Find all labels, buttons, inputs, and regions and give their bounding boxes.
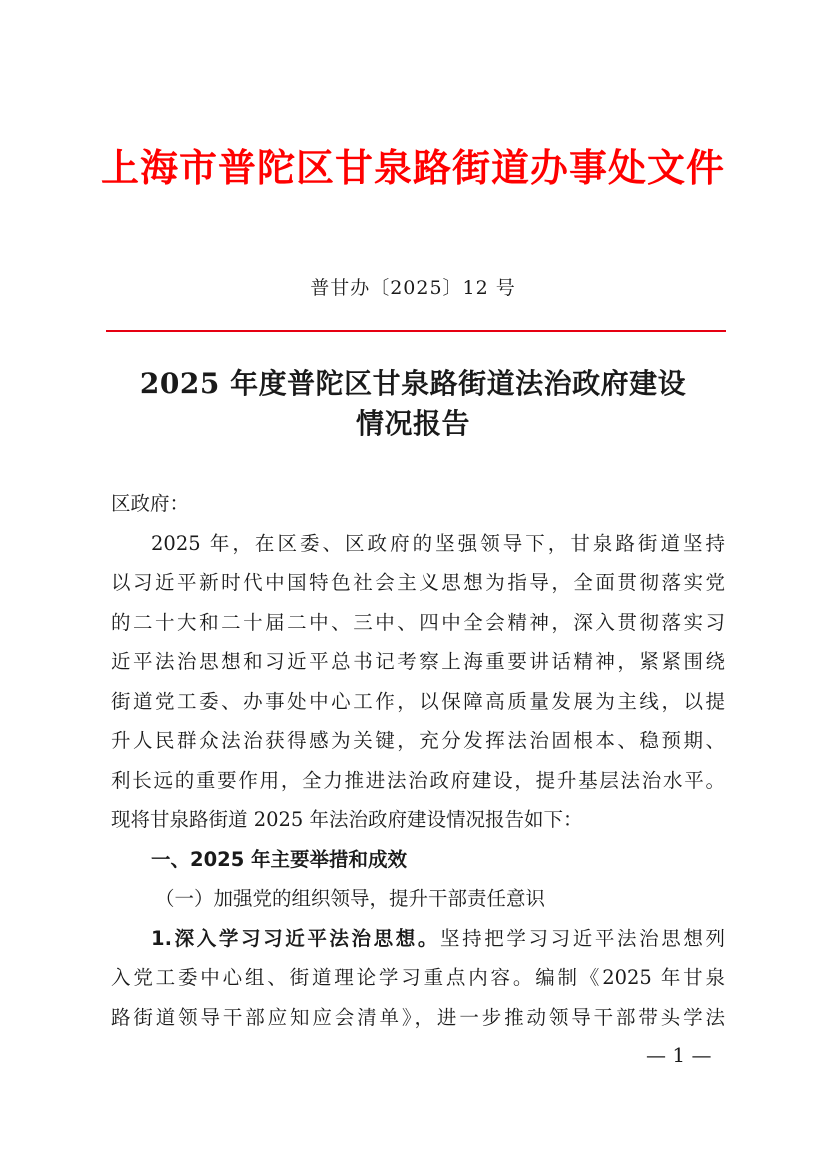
intro-line: 的二十大和二十届二中、三中、四中全会精神，深入贯彻落实习 bbox=[111, 603, 725, 643]
intro-line: 近平法治思想和习近平总书记考察上海重要讲话精神，紧紧围绕 bbox=[111, 642, 725, 682]
item-1-text: 坚持把学习习近平法治思想列 bbox=[440, 927, 725, 950]
item-1-line-1: 1.深入学习习近平法治思想。坚持把学习习近平法治思想列 bbox=[111, 919, 725, 959]
intro-line: 以习近平新时代中国特色社会主义思想为指导，全面贯彻落实党 bbox=[111, 563, 725, 603]
document-page: 上海市普陀区甘泉路街道办事处文件 普甘办〔2025〕12 号 2025 年度普陀… bbox=[0, 0, 826, 1169]
section-heading-1: 一、2025 年主要举措和成效 bbox=[111, 840, 725, 880]
red-divider-rule bbox=[106, 330, 726, 332]
intro-line: 升人民群众法治获得感为关键，充分发挥法治固根本、稳预期、 bbox=[111, 721, 725, 761]
intro-line: 2025 年，在区委、区政府的坚强领导下，甘泉路街道坚持 bbox=[111, 524, 725, 564]
intro-line: 利长远的重要作用，全力推进法治政府建设，提升基层法治水平。 bbox=[111, 761, 725, 801]
document-title: 2025 年度普陀区甘泉路街道法治政府建设 情况报告 bbox=[0, 364, 826, 444]
item-1-line-3: 路街道领导干部应知应会清单》，进一步推动领导干部带头学法 bbox=[111, 998, 725, 1038]
item-1-lead: 1.深入学习习近平法治思想。 bbox=[151, 927, 440, 950]
intro-line: 现将甘泉路街道 2025 年法治政府建设情况报告如下： bbox=[111, 800, 725, 840]
salutation: 区政府： bbox=[111, 484, 725, 524]
subsection-heading-1: （一）加强党的组织领导，提升干部责任意识 bbox=[111, 879, 725, 919]
title-line-1: 2025 年度普陀区甘泉路街道法治政府建设 bbox=[0, 364, 826, 404]
item-1-line-2: 入党工委中心组、街道理论学习重点内容。编制《2025 年甘泉 bbox=[111, 958, 725, 998]
document-number: 普甘办〔2025〕12 号 bbox=[0, 272, 826, 304]
page-number: — 1 — bbox=[646, 1040, 711, 1070]
title-line-2: 情况报告 bbox=[0, 404, 826, 444]
document-body: 区政府： 2025 年，在区委、区政府的坚强领导下，甘泉路街道坚持 以习近平新时… bbox=[111, 484, 725, 1037]
document-masthead: 上海市普陀区甘泉路街道办事处文件 bbox=[0, 140, 826, 196]
intro-line: 街道党工委、办事处中心工作，以保障高质量发展为主线，以提 bbox=[111, 682, 725, 722]
